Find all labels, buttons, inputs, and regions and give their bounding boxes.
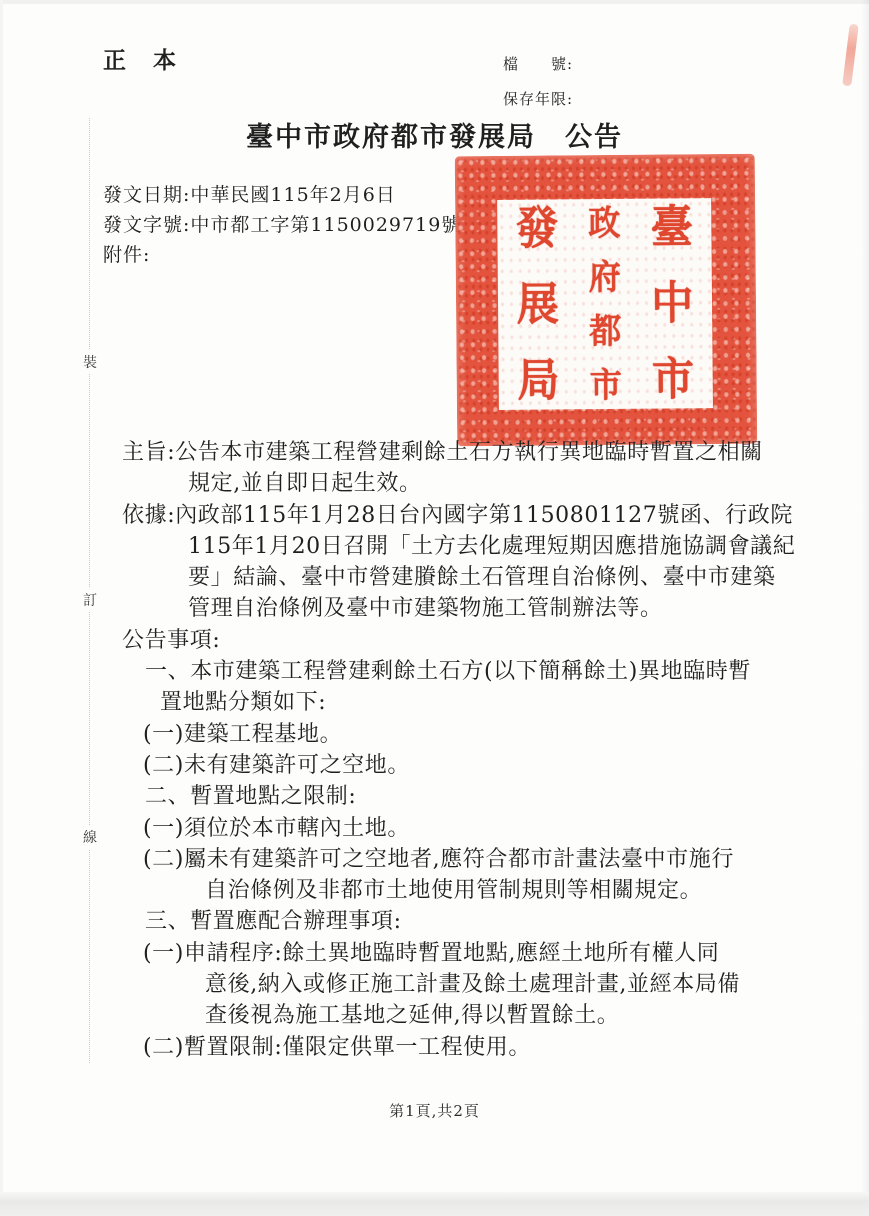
- seal-char: 府: [589, 260, 621, 295]
- body-line: (二)未有建築許可之空地。: [143, 750, 822, 781]
- attachment-line: 附件:: [103, 240, 150, 267]
- official-seal: 臺 中 市 政 府 都 市 發 展 局: [455, 154, 758, 447]
- binding-mark: 訂: [76, 588, 104, 612]
- file-number-label: 檔 號:: [503, 53, 573, 74]
- seal-char: 發: [516, 206, 558, 252]
- body-line: (二)暫置限制:僅限定供單一工程使用。: [143, 1032, 822, 1063]
- scan-edge-right: [861, 0, 869, 1216]
- binding-mark: 線: [76, 825, 104, 849]
- scan-edge-left: [0, 0, 3, 1216]
- body-line: 管理自治條例及臺中市建築物施工管制辦法等。: [188, 593, 822, 624]
- document-title: 臺中市政府都市發展局 公告: [0, 115, 869, 154]
- body-line: 意後,納入或修正施工計畫及餘土處理計畫,並經本局備: [205, 969, 822, 1000]
- seal-char: 中: [651, 281, 693, 327]
- seal-char: 市: [590, 368, 622, 403]
- red-ink-streak: [842, 24, 858, 87]
- seal-char: 都: [589, 314, 621, 349]
- body-line: 公告事項:: [122, 625, 822, 656]
- body-line: 置地點分類如下:: [160, 687, 822, 718]
- copy-type-label: 正 本: [103, 42, 178, 75]
- body-line: 二、暫置地點之限制:: [145, 781, 822, 812]
- body-line: 115年1月20日召開「土方去化處理短期因應措施協調會議紀: [188, 531, 822, 562]
- issue-date-line: 發文日期:中華民國115年2月6日: [103, 180, 396, 207]
- retention-period-label: 保存年限:: [503, 88, 573, 109]
- body-line: (二)屬未有建築許可之空地者,應符合都市計畫法臺中市施行: [143, 844, 822, 875]
- footer-page-number: 第1頁,共2頁: [0, 1100, 869, 1121]
- binding-mark: 裝: [76, 350, 104, 374]
- seal-column: 發 展 局: [503, 207, 572, 402]
- body-line: (一)建築工程基地。: [143, 719, 822, 750]
- document-page: 正 本 檔 號: 保存年限: 臺中市政府都市發展局 公告 發文日期:中華民國11…: [0, 0, 869, 1216]
- body-line: (一)申請程序:餘土異地臨時暫置地點,應經土地所有權人同: [143, 938, 822, 969]
- seal-column: 臺 中 市: [638, 206, 707, 401]
- body-line: 要」結論、臺中市營建賸餘土石管理自治條例、臺中市建築: [188, 562, 822, 593]
- body-line: 查後視為施工基地之延伸,得以暫置餘土。: [205, 1000, 822, 1031]
- scan-edge-bottom: [0, 1192, 869, 1216]
- seal-char: 展: [516, 282, 558, 328]
- seal-char: 臺: [650, 205, 692, 251]
- body-line: 三、暫置應配合辦理事項:: [145, 906, 822, 937]
- body-line: 規定,並自即日起生效。: [188, 468, 822, 499]
- seal-char: 局: [517, 358, 559, 404]
- seal-column: 政 府 都 市: [571, 207, 640, 402]
- scan-edge-top: [0, 0, 869, 4]
- seal-char: 政: [588, 206, 620, 241]
- body-line: (一)須位於本市轄內土地。: [143, 813, 822, 844]
- body-line: 依據:內政部115年1月28日台內國字第1150801127號函、行政院: [122, 500, 822, 531]
- body-line: 主旨:公告本市建築工程營建剩餘土石方執行異地臨時暫置之相關: [122, 437, 822, 468]
- seal-char: 市: [652, 357, 694, 403]
- seal-inner: 臺 中 市 政 府 都 市 發 展 局: [497, 198, 713, 410]
- document-number-line: 發文字號:中市都工字第1150029719號: [103, 210, 461, 237]
- body-line: 一、本市建築工程營建剩餘土石方(以下簡稱餘土)異地臨時暫: [145, 656, 822, 687]
- announcement-body: 主旨:公告本市建築工程營建剩餘土石方執行異地臨時暫置之相關 規定,並自即日起生效…: [122, 437, 822, 1063]
- body-line: 自治條例及非都市土地使用管制規則等相關規定。: [205, 875, 822, 906]
